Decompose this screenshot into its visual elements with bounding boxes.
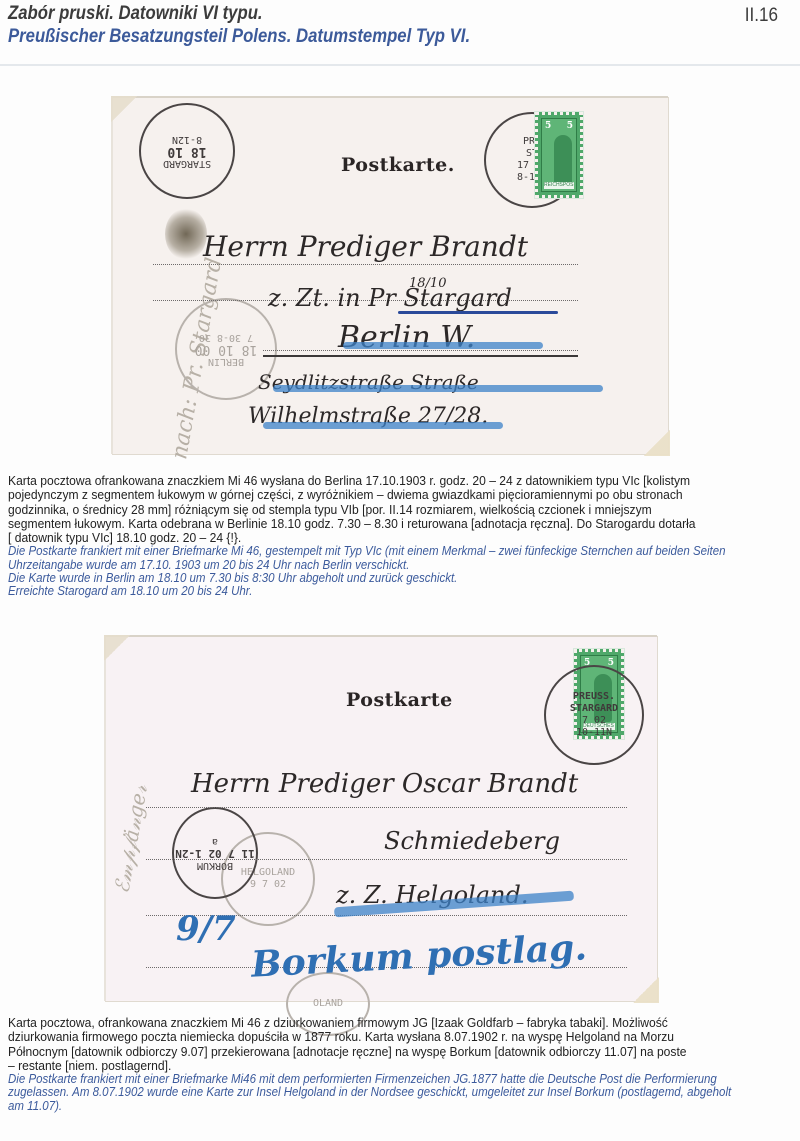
page-title-german: Preußischer Besatzungsteil Polens. Datum… bbox=[8, 26, 470, 48]
crossout-mark bbox=[343, 342, 543, 349]
address-line bbox=[146, 807, 627, 808]
caption-card-2: Karta pocztowa, ofrankowana znaczkiem Mi… bbox=[8, 1016, 792, 1113]
origin-postmark: PREUSS. STARGARD 7 02 10-11N bbox=[544, 665, 644, 765]
postcard-heading: Postkarte. bbox=[341, 154, 455, 176]
crossout-mark bbox=[398, 311, 558, 314]
address-recipient: Herrn Prediger Oscar Brandt bbox=[191, 769, 578, 799]
address-line bbox=[153, 264, 578, 265]
page-header: Zabór pruski. Datowniki VI typu. Preußis… bbox=[0, 0, 800, 66]
borkum-receiving-postmark: BORKUM 11 7 02 1-2N a bbox=[172, 807, 258, 899]
caption-card-1: Karta pocztowa ofrankowana znaczkiem Mi … bbox=[8, 474, 792, 598]
photo-corner bbox=[111, 96, 137, 122]
address-city: Berlin W. bbox=[338, 320, 475, 355]
caption-german: Die Postkarte frankiert mit einer Briefm… bbox=[8, 545, 792, 598]
germania-figure bbox=[554, 135, 572, 185]
address-line-2: z. Zt. in Pr Stargard bbox=[268, 284, 512, 312]
photo-corner bbox=[644, 430, 670, 456]
header-divider bbox=[0, 64, 800, 66]
caption-polish: Karta pocztowa, ofrankowana znaczkiem Mi… bbox=[8, 1016, 791, 1073]
postcard-2: Postkarte 5 5 DEUTSCHES REICH PREUSS. ST… bbox=[104, 635, 657, 1001]
redirect-date-note: 9/7 bbox=[176, 909, 236, 949]
side-note-pencil: ℰ𝓂𝓅𝒻ä𝓃𝑔𝑒𝓇 bbox=[109, 783, 152, 895]
address-underline bbox=[263, 355, 578, 357]
crossout-mark bbox=[263, 422, 503, 429]
address-line-2: Schmiedeberg bbox=[384, 827, 560, 855]
page-number: II.16 bbox=[745, 5, 778, 27]
redirect-address-borkum: Borkum postlag. bbox=[250, 926, 588, 986]
postage-stamp: 5 5 REICHSPOST bbox=[535, 112, 583, 198]
address-recipient: Herrn Prediger Brandt bbox=[203, 230, 528, 263]
photo-corner bbox=[633, 977, 659, 1003]
address-line bbox=[146, 859, 627, 860]
postcard-heading: Postkarte bbox=[346, 689, 453, 711]
arrival-postmark-stargard: STARGARD 18 10 8-12N bbox=[139, 103, 235, 199]
crossout-mark bbox=[273, 385, 603, 392]
ink-stain bbox=[165, 208, 207, 260]
photo-corner bbox=[104, 635, 130, 661]
caption-german: Die Postkarte frankiert mit einer Briefm… bbox=[8, 1073, 792, 1113]
caption-polish: Karta pocztowa ofrankowana znaczkiem Mi … bbox=[8, 474, 791, 545]
page-title-polish: Zabór pruski. Datowniki VI typu. bbox=[8, 3, 263, 25]
postcard-1: STARGARD 18 10 8-12N Postkarte. PR. ST 1… bbox=[111, 96, 668, 454]
